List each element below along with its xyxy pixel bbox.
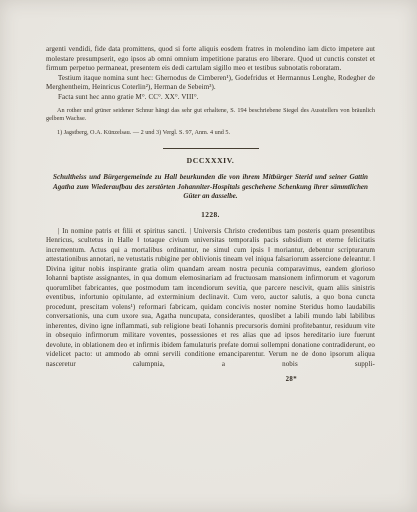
scanned-book-page: argenti vendidi, fide data promittens, q… bbox=[0, 0, 417, 512]
seal-description-note: An rother und grüner seidener Schnur hän… bbox=[46, 107, 375, 123]
previous-charter-continuation-paragraph: argenti vendidi, fide data promittens, q… bbox=[46, 45, 375, 74]
charter-body-paragraph: | In nomine patris et filii et spiritus … bbox=[46, 227, 375, 370]
page-signature-mark: 28* bbox=[46, 376, 297, 383]
dating-clause: Facta sunt hec anno gratie M°. CC°. XX°.… bbox=[46, 93, 375, 103]
charter-regest-heading: Schultheiss und Bürgergemeinde zu Hall b… bbox=[46, 173, 375, 202]
text-block: argenti vendidi, fide data promittens, q… bbox=[46, 45, 375, 383]
charter-date-heading: 1228. bbox=[46, 210, 375, 219]
footnotes-line: 1) Jagstberg, O.A. Künzelsau. — 2 und 3)… bbox=[46, 129, 375, 137]
charter-number-heading: DCCXXXIV. bbox=[46, 156, 375, 165]
witness-list-paragraph: Testium itaque nomina sunt hec: Ghernodu… bbox=[46, 74, 375, 93]
section-divider-rule bbox=[163, 148, 259, 149]
